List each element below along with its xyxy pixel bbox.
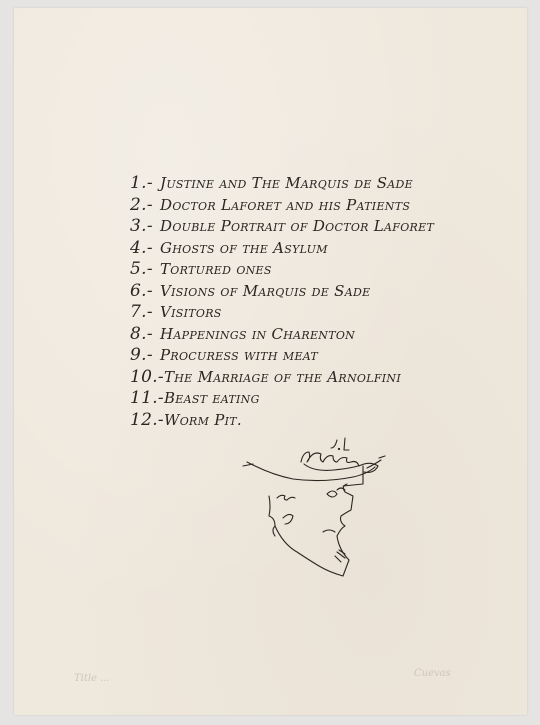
item-title: Worm Pit. <box>164 411 242 429</box>
item-number: 7.- <box>130 302 160 324</box>
list-item: 8.-Happenings in Charenton <box>130 324 434 346</box>
list-item: 7.-Visitors <box>130 302 434 324</box>
list-item: 6.-Visions of Marquis de Sade <box>130 281 434 303</box>
paper-sheet: 1.-Justine and The Marquis de Sade 2.-Do… <box>14 8 527 715</box>
item-title: Double Portrait of Doctor Laforet <box>160 217 434 235</box>
item-title: Doctor Laforet and his Patients <box>160 196 410 214</box>
list-item: 1.-Justine and The Marquis de Sade <box>130 173 434 195</box>
list-item: 9.-Procuress with meat <box>130 345 434 367</box>
item-title: The Marriage of the Arnolfini <box>164 368 401 386</box>
list-item: 3.-Double Portrait of Doctor Laforet <box>130 216 434 238</box>
item-number: 10.- <box>130 367 164 389</box>
list-item: 11.-Beast eating <box>130 388 434 410</box>
item-number: 2.- <box>130 195 160 217</box>
item-title: Happenings in Charenton <box>160 325 355 343</box>
pencil-inscription-left: Title ... <box>74 673 110 684</box>
item-number: 3.- <box>130 216 160 238</box>
item-title: Ghosts of the Asylum <box>160 239 328 257</box>
item-title: Procuress with meat <box>160 346 318 364</box>
item-number: 11.- <box>130 388 164 410</box>
item-number: 12.- <box>130 410 164 432</box>
list-item: 10.-The Marriage of the Arnolfini <box>130 367 434 389</box>
list-item: 5.-Tortured ones <box>130 259 434 281</box>
item-number: 4.- <box>130 238 160 260</box>
item-title: Visions of Marquis de Sade <box>160 282 370 300</box>
item-number: 6.- <box>130 281 160 303</box>
item-number: 1.- <box>130 173 160 195</box>
item-number: 9.- <box>130 345 160 367</box>
signature-self-portrait-drawing <box>239 428 399 578</box>
item-number: 8.- <box>130 324 160 346</box>
item-title: Beast eating <box>164 389 260 407</box>
item-title: Justine and The Marquis de Sade <box>160 174 413 192</box>
title-list: 1.-Justine and The Marquis de Sade 2.-Do… <box>130 173 434 431</box>
list-item: 2.-Doctor Laforet and his Patients <box>130 195 434 217</box>
item-number: 5.- <box>130 259 160 281</box>
item-title: Visitors <box>160 303 222 321</box>
pencil-signature: Cuevas <box>414 668 451 679</box>
item-title: Tortured ones <box>160 260 272 278</box>
portrait-sketch-icon <box>239 428 399 578</box>
list-item: 4.-Ghosts of the Asylum <box>130 238 434 260</box>
